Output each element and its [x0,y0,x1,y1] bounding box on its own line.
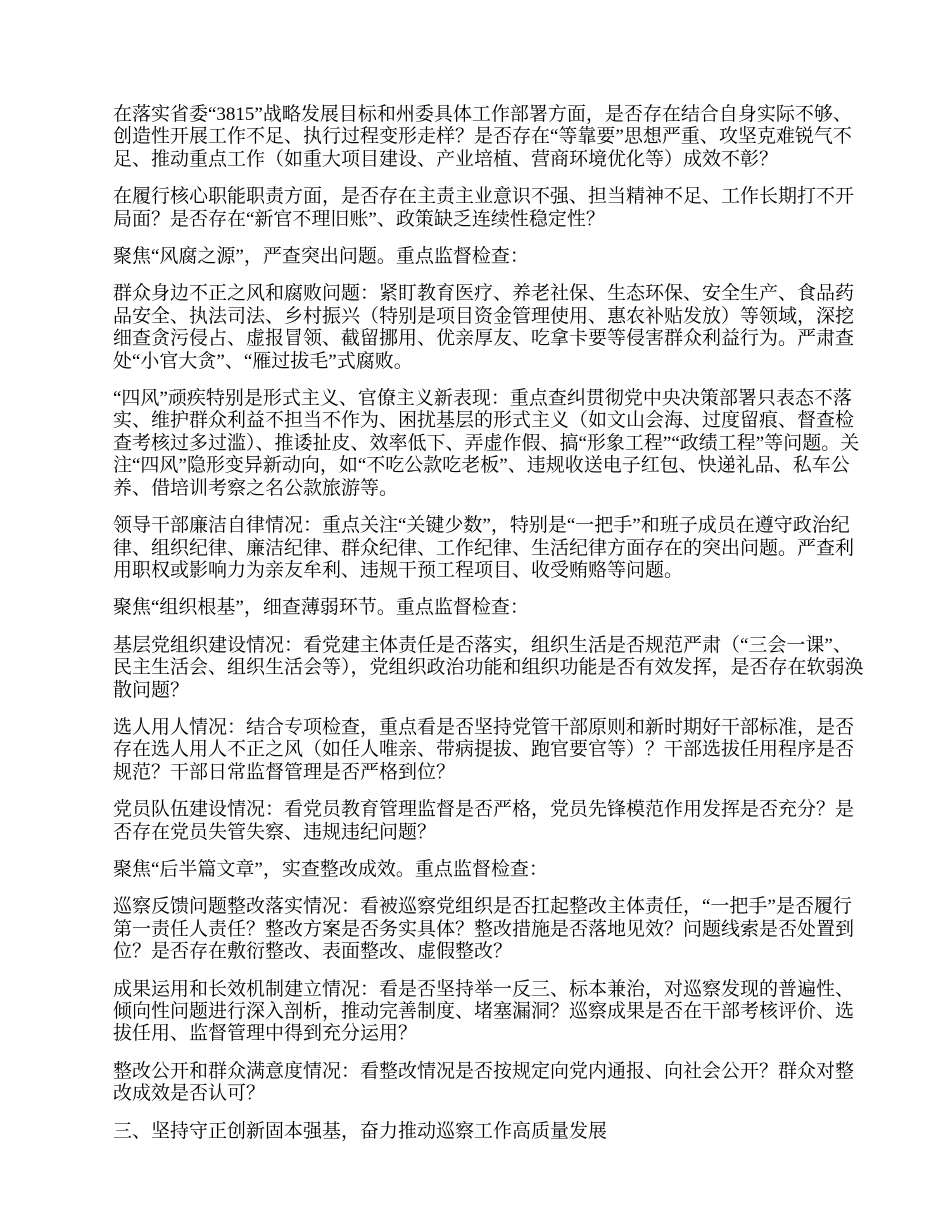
paragraph-results-utilization: 成果运用和长效机制建立情况：看是否坚持举一反三、标本兼治，对巡察发现的普遍性、倾… [113,979,869,1046]
document-page: 在落实省委“3815”战略发展目标和州委具体工作部署方面，是否存在结合自身实际不… [0,0,950,1230]
paragraph-party-organization-building: 基层党组织建设情况：看党建主体责任是否落实，组织生活是否规范严肃（“三会一课”、… [113,635,869,702]
document-text-body: 在落实省委“3815”战略发展目标和州委具体工作部署方面，是否存在结合自身实际不… [113,104,869,1158]
paragraph-rectification-publicity: 整改公开和群众满意度情况：看整改情况是否按规定向党内通报、向社会公开？群众对整改… [113,1061,869,1106]
paragraph-leader-integrity: 领导干部廉洁自律情况：重点关注“关键少数”，特别是“一把手”和班子成员在遵守政治… [113,515,869,582]
paragraph-personnel-selection: 选人用人情况：结合专项检查，重点看是否坚持党管干部原则和新时期好干部标准，是否存… [113,717,869,784]
paragraph-strategy-implementation: 在落实省委“3815”战略发展目标和州委具体工作部署方面，是否存在结合自身实际不… [113,104,869,171]
paragraph-core-duties: 在履行核心职能职责方面，是否存在主责主业意识不强、担当精神不足、工作长期打不开局… [113,186,869,231]
section-heading-three: 三、坚持守正创新固本强基，奋力推动巡察工作高质量发展 [113,1121,869,1143]
paragraph-party-member-building: 党员队伍建设情况：看党员教育管理监督是否严格，党员先锋模范作用发挥是否充分？是否… [113,799,869,844]
paragraph-grassroots-corruption: 群众身边不正之风和腐败问题：紧盯教育医疗、养老社保、生态环保、安全生产、食品药品… [113,283,869,373]
paragraph-rectification-implementation: 巡察反馈问题整改落实情况：看被巡察党组织是否扛起整改主体责任，“一把手”是否履行… [113,896,869,963]
paragraph-focus-second-half-article: 聚焦“后半篇文章”，实查整改成效。重点监督检查： [113,859,869,881]
paragraph-focus-corruption-source: 聚焦“风腐之源”，严查突出问题。重点监督检查： [113,246,869,268]
paragraph-focus-organizational-foundation: 聚焦“组织根基”，细查薄弱环节。重点监督检查： [113,597,869,619]
paragraph-four-winds-problems: “四风”顽疾特别是形式主义、官僚主义新表现：重点查纠贯彻党中央决策部署只表态不落… [113,388,869,500]
